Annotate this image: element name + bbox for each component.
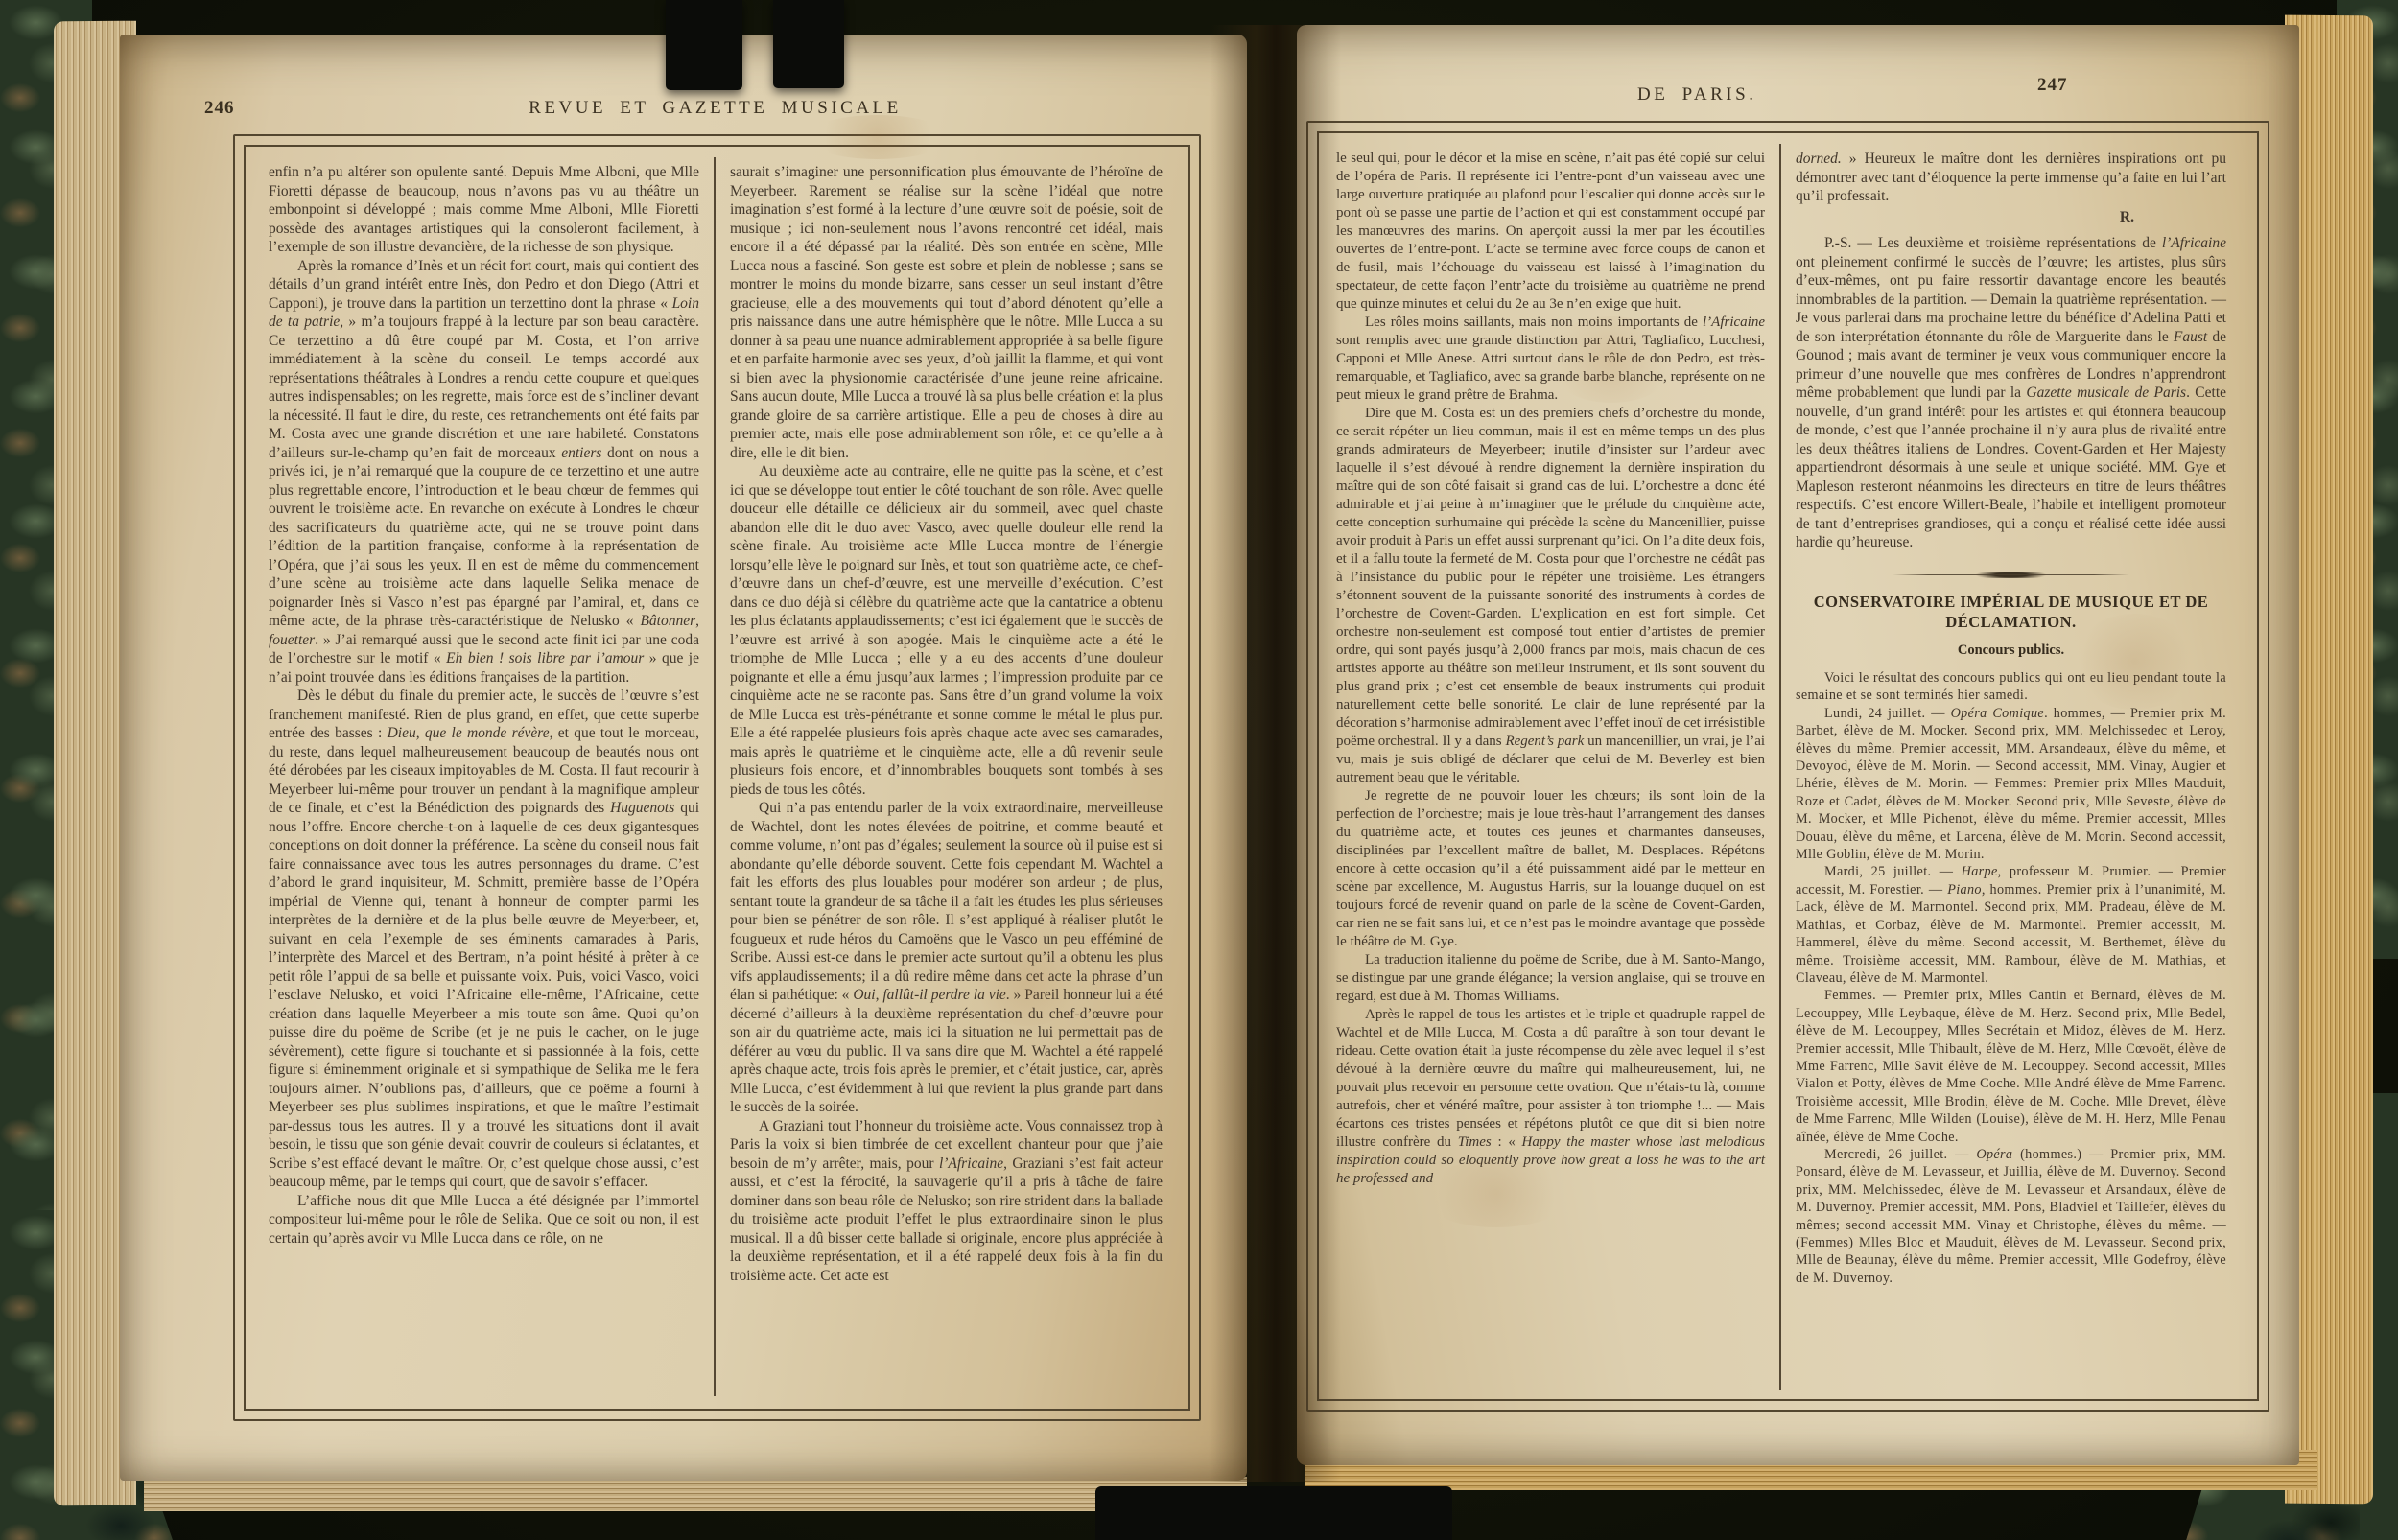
page-number-left: 246 xyxy=(204,98,235,119)
paragraph: Dire que M. Costa est un des premiers ch… xyxy=(1336,405,1765,787)
page-edges-bottom-left xyxy=(144,1477,1247,1511)
section-heading: CONSERVATOIRE IMPÉRIAL DE MUSIQUE ET DE … xyxy=(1796,592,2226,632)
paragraph: Mardi, 25 juillet. — Harpe, professeur M… xyxy=(1796,863,2226,987)
paragraph: Lundi, 24 juillet. — Opéra Comique. homm… xyxy=(1796,705,2226,864)
paragraph: Les rôles moins saillants, mais non moin… xyxy=(1336,314,1765,405)
scanner-clamp-bottom xyxy=(1095,1486,1452,1540)
paragraph: Au deuxième acte au contraire, elle ne q… xyxy=(730,462,1163,799)
paragraph: Qui n’a pas entendu parler de la voix ex… xyxy=(730,799,1163,1117)
right-page-column-2: dorned. » Heureux le maître dont les der… xyxy=(1781,144,2241,1390)
section-divider xyxy=(1893,572,2129,578)
text-columns-left: enfin n’a pu altérer son opulente santé.… xyxy=(254,157,1177,1396)
running-title-left: REVUE ET GAZETTE MUSICALE xyxy=(233,98,1197,119)
running-title-right: DE PARIS. xyxy=(1637,84,1756,105)
paragraph: saurait s’imaginer une personnification … xyxy=(730,163,1163,462)
paragraph: enfin n’a pu altérer son opulente santé.… xyxy=(269,163,699,257)
paragraph: Je regrette de ne pouvoir louer les chœu… xyxy=(1336,787,1765,951)
paragraph: L’affiche nous dit que Mlle Lucca a été … xyxy=(269,1192,699,1248)
paragraph: Femmes. — Premier prix, Mlles Cantin et … xyxy=(1796,987,2226,1146)
left-page-column-2: saurait s’imaginer une personnification … xyxy=(716,157,1177,1396)
text-columns-right: le seul qui, pour le décor et la mise en… xyxy=(1322,144,2241,1390)
paragraph: La traduction italienne du poëme de Scri… xyxy=(1336,951,1765,1006)
left-page-column-1: enfin n’a pu altérer son opulente santé.… xyxy=(254,157,716,1396)
paragraph: le seul qui, pour le décor et la mise en… xyxy=(1336,150,1765,314)
paragraph: Mercredi, 26 juillet. — Opéra (hommes.) … xyxy=(1796,1146,2226,1287)
author-signature: R. xyxy=(1796,208,2226,227)
paragraph: dorned. » Heureux le maître dont les der… xyxy=(1796,150,2226,206)
section-subheading: Concours publics. xyxy=(1796,642,2226,661)
right-page: DE PARIS. 247 le seul qui, pour le décor… xyxy=(1297,25,2299,1465)
book-scan-scene: 246 REVUE ET GAZETTE MUSICALE enfin n’a … xyxy=(0,0,2398,1540)
right-page-column-1: le seul qui, pour le décor et la mise en… xyxy=(1322,144,1781,1390)
paragraph: Après le rappel de tous les artistes et … xyxy=(1336,1006,1765,1188)
page-number-right: 247 xyxy=(2037,75,2068,96)
paragraph: A Graziani tout l’honneur du troisième a… xyxy=(730,1117,1163,1286)
paragraph: Après la romance d’Inès et un récit fort… xyxy=(269,257,699,688)
paragraph: Dès le début du finale du premier acte, … xyxy=(269,687,699,1192)
paragraph: P.-S. — Les deuxième et troisième représ… xyxy=(1796,234,2226,552)
left-page: 246 REVUE ET GAZETTE MUSICALE enfin n’a … xyxy=(120,35,1247,1481)
paragraph: Voici le résultat des concours publics q… xyxy=(1796,669,2226,705)
scanner-clamp-top-left xyxy=(666,0,742,90)
scanner-clamp-top-right xyxy=(773,0,844,88)
